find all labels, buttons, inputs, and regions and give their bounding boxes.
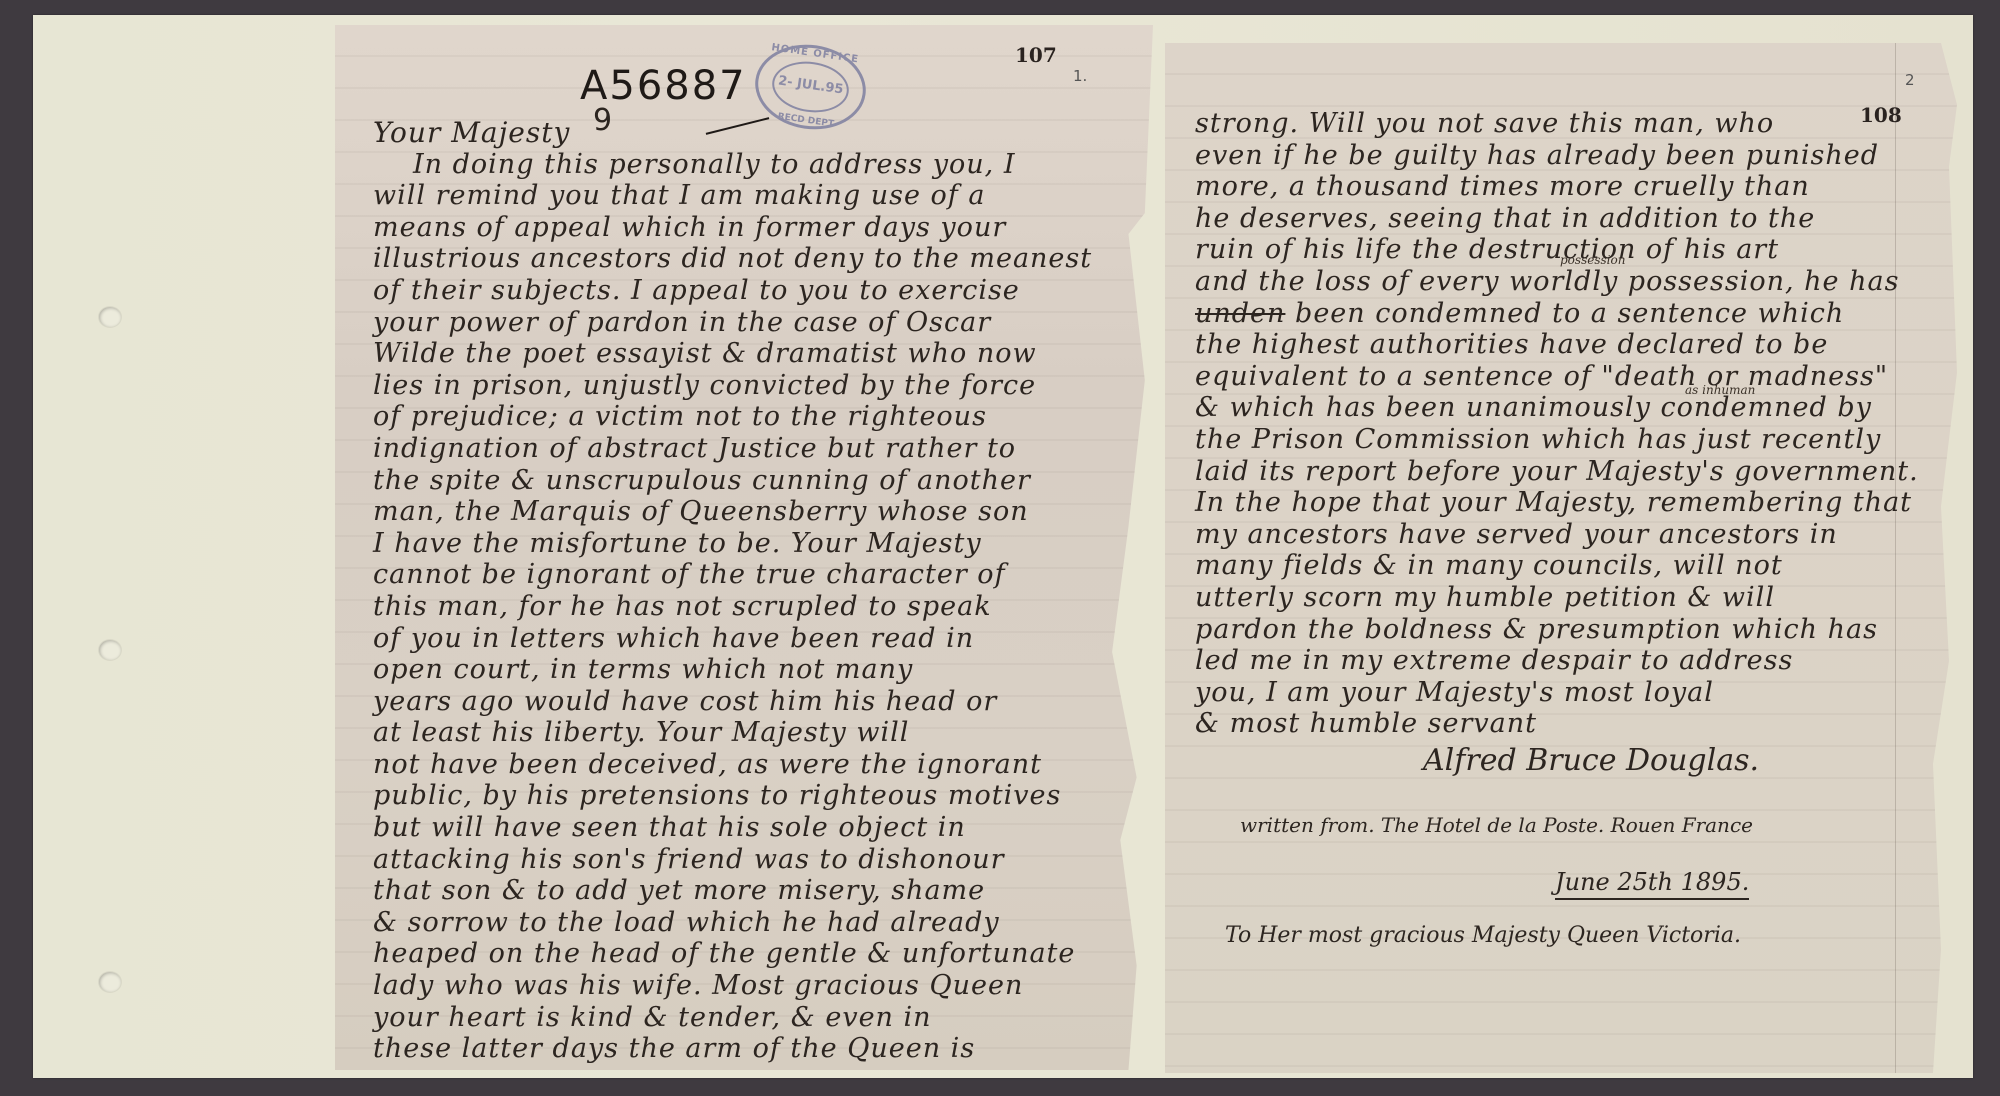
text-line: years ago would have cost him his head o… xyxy=(373,686,1092,718)
text-line: strong. Will you not save this man, who xyxy=(1195,108,1919,140)
text-line: these latter days the arm of the Queen i… xyxy=(373,1033,1092,1065)
text-line: utterly scorn my humble petition & will xyxy=(1195,582,1919,614)
text-line: & which has been unanimously condemned b… xyxy=(1195,392,1919,424)
text-line: I have the misfortune to be. Your Majest… xyxy=(373,528,1092,560)
text-line: the spite & unscrupulous cunning of anot… xyxy=(373,465,1092,497)
letter-page-1: A56887 HOME OFFICE 2- JUL.95 RECD DEPT 1… xyxy=(335,25,1153,1070)
text-line-content: been condemned to a sentence which xyxy=(1295,298,1844,329)
text-line: that son & to add yet more misery, shame xyxy=(373,875,1092,907)
written-from-line: written from. The Hotel de la Poste. Rou… xyxy=(1240,813,1753,837)
text-line: of you in letters which have been read i… xyxy=(373,623,1092,655)
addressee: To Her most gracious Majesty Queen Victo… xyxy=(1225,923,1741,948)
text-line: ruin of his life the destruction of his … xyxy=(1195,234,1919,266)
text-line: but will have seen that his sole object … xyxy=(373,812,1092,844)
text-line: laid its report before your Majesty's go… xyxy=(1195,456,1919,488)
text-line: and the loss of every worldly possession… xyxy=(1195,266,1919,298)
text-line: illustrious ancestors did not deny to th… xyxy=(373,243,1092,275)
letter-body-page-2: strong. Will you not save this man, who … xyxy=(1195,108,1919,740)
text-line: this man, for he has not scrupled to spe… xyxy=(373,591,1092,623)
text-line: unden been condemned to a sentence which xyxy=(1195,298,1919,330)
text-line: of prejudice; a victim not to the righte… xyxy=(373,401,1092,433)
text-line: & sorrow to the load which he had alread… xyxy=(373,907,1092,939)
text-line: more, a thousand times more cruelly than xyxy=(1195,171,1919,203)
text-line: Wilde the poet essayist & dramatist who … xyxy=(373,338,1092,370)
salutation: Your Majesty xyxy=(373,117,1092,149)
text-line: open court, in terms which not many xyxy=(373,654,1092,686)
text-line: public, by his pretensions to righteous … xyxy=(373,780,1092,812)
pencil-page-number: 1. xyxy=(1073,67,1087,85)
text-line: man, the Marquis of Queensberry whose so… xyxy=(373,496,1092,528)
text-line: led me in my extreme despair to address xyxy=(1195,645,1919,677)
text-line: at least his liberty. Your Majesty will xyxy=(373,717,1092,749)
text-line: & most humble servant xyxy=(1195,708,1919,740)
signature: Alfred Bruce Douglas. xyxy=(1423,743,1759,778)
text-line: the highest authorities have declared to… xyxy=(1195,329,1919,361)
struck-word: unden xyxy=(1195,298,1285,329)
letter-date: June 25th 1895. xyxy=(1555,868,1749,900)
text-line: attacking his son's friend was to dishon… xyxy=(373,844,1092,876)
text-line: indignation of abstract Justice but rath… xyxy=(373,433,1092,465)
letter-body-page-1: Your Majesty In doing this personally to… xyxy=(373,117,1092,1065)
text-line: means of appeal which in former days you… xyxy=(373,212,1092,244)
text-line: he deserves, seeing that in addition to … xyxy=(1195,203,1919,235)
letter-page-2: 2 108 possession as inhuman strong. Will… xyxy=(1165,43,1965,1073)
text-line: my ancestors have served your ancestors … xyxy=(1195,519,1919,551)
text-line: pardon the boldness & presumption which … xyxy=(1195,614,1919,646)
text-line: your heart is kind & tender, & even in xyxy=(373,1002,1092,1034)
text-line: your power of pardon in the case of Osca… xyxy=(373,307,1092,339)
text-line: lies in prison, unjustly convicted by th… xyxy=(373,370,1092,402)
text-line: many fields & in many councils, will not xyxy=(1195,550,1919,582)
text-line: equivalent to a sentence of "death or ma… xyxy=(1195,361,1919,393)
punch-hole-bottom xyxy=(99,972,121,992)
text-line: the Prison Commission which has just rec… xyxy=(1195,424,1919,456)
text-line: lady who was his wife. Most gracious Que… xyxy=(373,970,1092,1002)
text-line: In doing this personally to address you,… xyxy=(373,149,1092,181)
pencil-page-number: 2 xyxy=(1905,71,1915,89)
text-line: heaped on the head of the gentle & unfor… xyxy=(373,938,1092,970)
text-line: will remind you that I am making use of … xyxy=(373,180,1092,212)
text-line: cannot be ignorant of the true character… xyxy=(373,559,1092,591)
punch-hole-top xyxy=(99,307,121,327)
punch-hole-middle xyxy=(99,640,121,660)
folio-number: 107 xyxy=(1015,43,1057,67)
text-line: of their subjects. I appeal to you to ex… xyxy=(373,275,1092,307)
text-line: even if he be guilty has already been pu… xyxy=(1195,140,1919,172)
text-line: you, I am your Majesty's most loyal xyxy=(1195,677,1919,709)
text-line: not have been deceived, as were the igno… xyxy=(373,749,1092,781)
text-line: In the hope that your Majesty, rememberi… xyxy=(1195,487,1919,519)
